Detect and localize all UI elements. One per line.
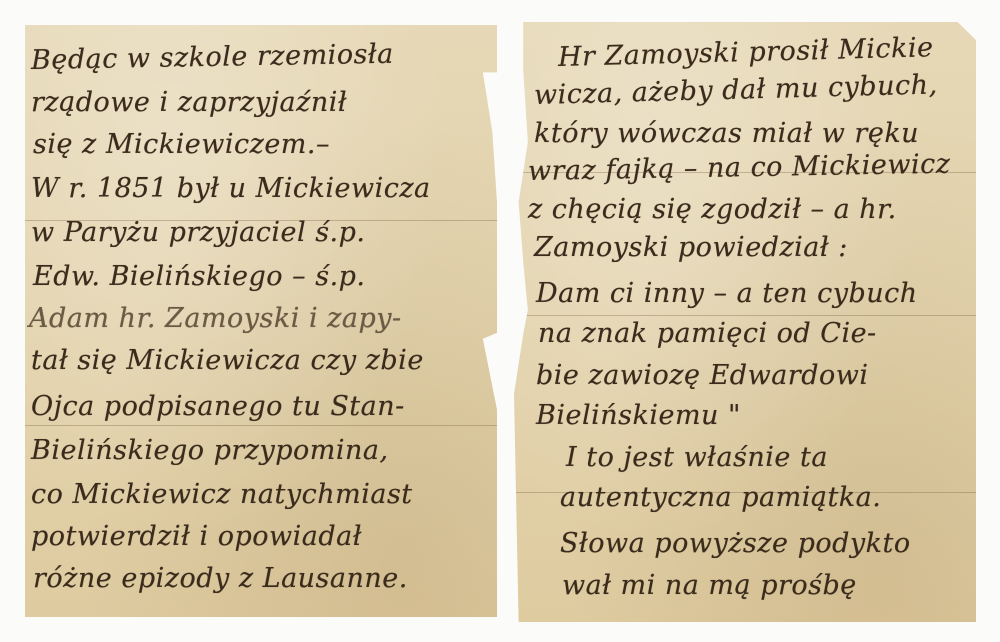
handwritten-line: Dam ci inny – a ten cybuch: [536, 278, 918, 309]
handwritten-line: wał mi na mą prośbę: [562, 570, 857, 601]
handwritten-line: wicza, ażeby dał mu cybuch,: [534, 69, 938, 111]
handwritten-line: Słowa powyższe podykto: [560, 528, 911, 559]
handwritten-line: się z Mickiewiczem.–: [33, 129, 330, 160]
handwritten-line: bie zawiozę Edwardowi: [536, 360, 868, 391]
handwritten-line: Zamoyski powiedział :: [534, 232, 848, 263]
handwritten-line: na znak pamięci od Cie-: [538, 318, 877, 349]
letter-left-half: Będąc w szkole rzemiosła rządowe i zaprz…: [25, 25, 497, 617]
handwritten-line: Bielińskiemu ": [536, 400, 741, 431]
handwritten-line: różne epizody z Lausanne.: [33, 563, 408, 594]
handwritten-line: Edw. Bielińskiego – ś.p.: [33, 261, 366, 292]
handwritten-line: Adam hr. Zamoyski i zapy-: [29, 303, 402, 334]
handwritten-line: Hr Zamoyski prosił Mickie: [558, 32, 934, 73]
handwritten-line: wraz fajką – na co Mickiewicz: [528, 149, 951, 187]
handwritten-line: w Paryżu przyjaciel ś.p.: [31, 217, 366, 248]
letter-right-half: Hr Zamoyski prosił Mickie wicza, ażeby d…: [514, 22, 976, 622]
handwritten-line: Bielińskiego przypomina,: [31, 435, 389, 466]
handwritten-line: autentyczna pamiątka.: [560, 482, 881, 513]
handwritten-line: tał się Mickiewicza czy zbie: [31, 345, 424, 376]
handwritten-line: Ojca podpisanego tu Stan-: [31, 391, 405, 422]
handwritten-line: W r. 1851 był u Mickiewicza: [31, 173, 431, 204]
handwritten-line: który wówczas miał w ręku: [534, 118, 919, 149]
handwritten-line: Będąc w szkole rzemiosła: [31, 39, 394, 76]
right-text-block: Hr Zamoyski prosił Mickie wicza, ażeby d…: [514, 22, 976, 622]
left-text-block: Będąc w szkole rzemiosła rządowe i zaprz…: [25, 25, 497, 617]
handwritten-line: potwierdził i opowiadał: [31, 521, 362, 552]
handwritten-line: co Mickiewicz natychmiast: [31, 479, 413, 510]
handwritten-line: rządowe i zaprzyjaźnił: [31, 87, 347, 118]
handwritten-line: z chęcią się zgodził – a hr.: [528, 194, 897, 225]
handwritten-line: I to jest właśnie ta: [566, 442, 828, 473]
